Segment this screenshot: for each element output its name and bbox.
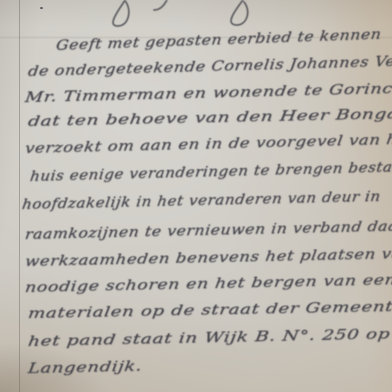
margin-rule-line <box>19 0 20 392</box>
ink-dot <box>40 7 43 9</box>
manuscript-line: Langendijk. <box>27 359 143 377</box>
manuscript-line: het pand staat in Wijk B. N°. 250 op de <box>27 326 392 350</box>
manuscript-line: raamkozijnen te vernieuwen in verband da… <box>24 217 392 243</box>
manuscript-line: hoofdzakelijk in het veranderen van deur… <box>21 189 382 213</box>
manuscript-line: de ondergeteekende Cornelis Johannes Ver… <box>27 52 392 80</box>
manuscript-line: Mr. Timmerman en wonende te Gorinchem <box>24 80 392 106</box>
manuscript-line: dat ten behoeve van den Heer Bongaerts <box>27 105 392 130</box>
manuscript-line: materialen op de straat der Gemeente — <box>27 298 392 322</box>
manuscript-line: werkzaamheden benevens het plaatsen van … <box>24 245 392 270</box>
manuscript-line: verzoekt om aan en in de voorgevel van h… <box>24 131 392 157</box>
manuscript-photo: Geeft met gepasten eerbied te kennen de … <box>0 0 392 392</box>
manuscript-line: noodige schoren en het bergen van eenige <box>24 272 392 296</box>
manuscript-line: huis eenige veranderingen te brengen bes… <box>29 158 392 185</box>
